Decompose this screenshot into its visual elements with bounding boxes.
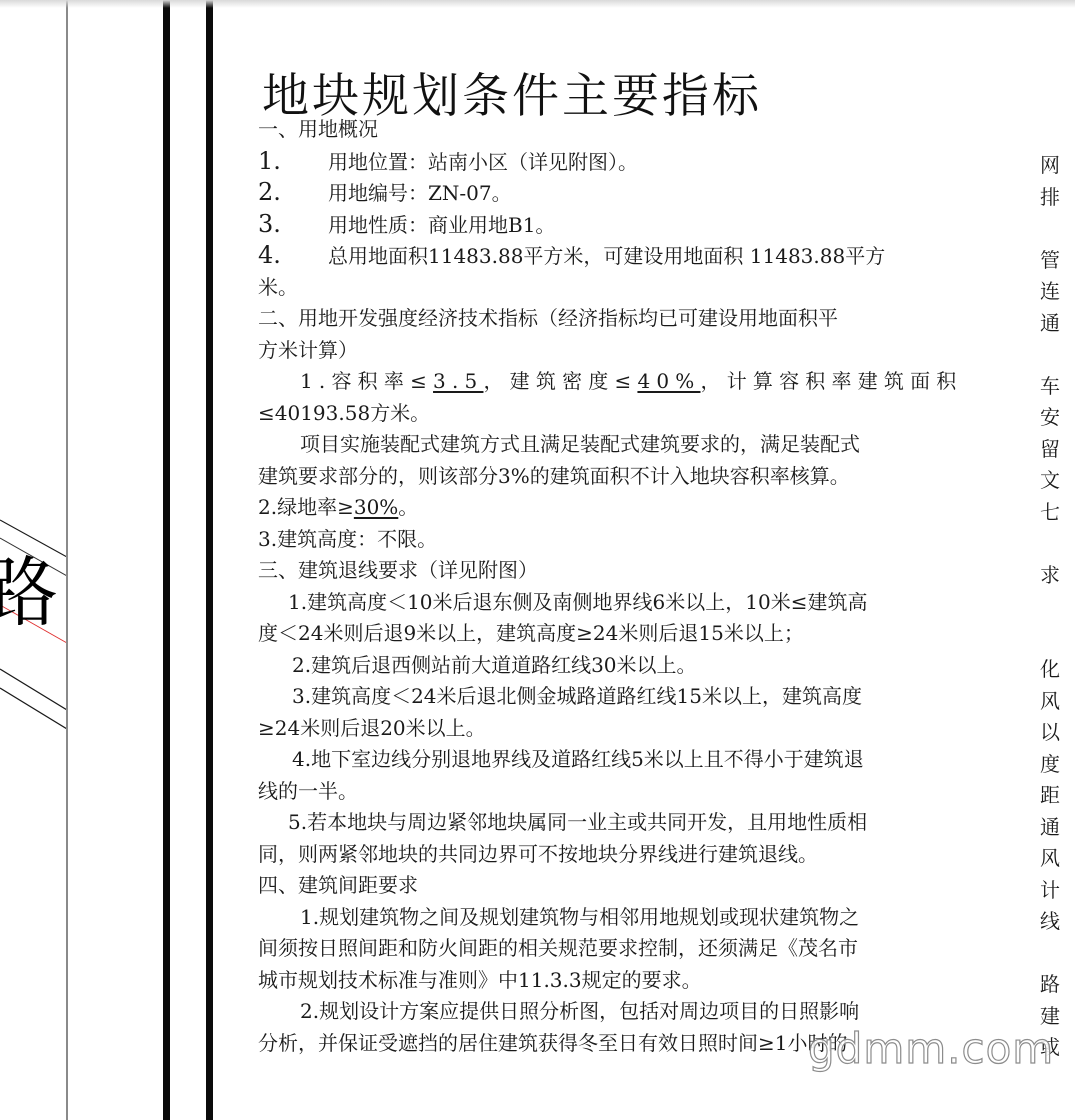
setback-item-continuation: 度＜24米则后退9米以上，建筑高度≥24米则后退15米以上；: [258, 618, 998, 650]
fragment-char: 路: [1040, 969, 1075, 1001]
fragment-char: 求: [1040, 560, 1075, 592]
adjacent-column-fragment: 网 排 管 连 通 车 安 留 文 七 求 化 风 以 度 距 通 风 计 线 …: [1040, 150, 1075, 1064]
far-value: 3.5: [433, 369, 483, 393]
fragment-char: 计: [1040, 875, 1075, 907]
fragment-char: 通: [1040, 308, 1075, 340]
border-line-inner: [206, 0, 213, 1120]
setback-item-continuation: 同，则两紧邻地块的共同边界可不按地块分界线进行建筑退线。: [258, 839, 998, 871]
green-ratio-line: 2.绿地率≥30%。: [258, 492, 998, 524]
top-edge-shadow: [0, 0, 1075, 8]
fragment-char: 线: [1040, 906, 1075, 938]
fragment-char: [1040, 938, 1075, 970]
fragment-char: 七: [1040, 497, 1075, 529]
spacing-item-continuation: 间须按日照间距和防火间距的相关规范要求控制，还须满足《茂名市: [258, 933, 998, 965]
document-body: 一、用地概况 1.用地位置：站南小区（详见附图）。 2.用地编号：ZN-07。 …: [258, 114, 998, 1059]
fragment-char: 安: [1040, 402, 1075, 434]
setback-item: 4.地下室边线分别退地界线及道路红线5米以上且不得小于建筑退: [258, 744, 998, 776]
green-ratio-value: 30%: [354, 495, 398, 519]
fragment-char: 距: [1040, 780, 1075, 812]
fragment-char: 排: [1040, 182, 1075, 214]
list-item-continuation: 米。: [258, 272, 998, 304]
fragment-char: 以: [1040, 717, 1075, 749]
section-heading-setback: 三、建筑退线要求（详见附图）: [258, 555, 998, 587]
spacing-item: 1.规划建筑物之间及规划建筑物与相邻用地规划或现状建筑物之: [258, 902, 998, 934]
road-label-fragment: 路: [0, 555, 58, 631]
far-area-limit: ≤40193.58方米。: [258, 398, 998, 430]
fragment-char: [1040, 591, 1075, 623]
fragment-char: 化: [1040, 654, 1075, 686]
spacing-item-continuation: 城市规划技术标准与准则》中11.3.3规定的要求。: [258, 965, 998, 997]
fragment-char: [1040, 623, 1075, 655]
setback-item: 3.建筑高度＜24米后退北侧金城路道路红线15米以上，建筑高度: [258, 681, 998, 713]
section-heading-spacing: 四、建筑间距要求: [258, 870, 998, 902]
section-heading-continuation: 方米计算）: [258, 335, 998, 367]
fragment-char: 留: [1040, 434, 1075, 466]
watermark: gdmm.com: [808, 1024, 1054, 1073]
fragment-char: 车: [1040, 371, 1075, 403]
prefab-note: 项目实施装配式建筑方式且满足装配式建筑要求的，满足装配式: [258, 429, 998, 461]
drawing-frame-line: [66, 0, 68, 1120]
fragment-char: 风: [1040, 843, 1075, 875]
list-item: 2.用地编号：ZN-07。: [258, 177, 998, 209]
fragment-char: 风: [1040, 686, 1075, 718]
list-item: 3.用地性质：商业用地B1。: [258, 209, 998, 241]
fragment-char: [1040, 339, 1075, 371]
fragment-char: 度: [1040, 749, 1075, 781]
setback-item-continuation: 线的一半。: [258, 776, 998, 808]
density-value: 40%: [637, 369, 700, 393]
fragment-char: 网: [1040, 150, 1075, 182]
setback-item: 1.建筑高度＜10米后退东侧及南侧地界线6米以上，10米≤建筑高: [258, 587, 998, 619]
setback-item: 5.若本地块与周边紧邻地块属同一业主或共同开发，且用地性质相: [258, 807, 998, 839]
fragment-char: [1040, 528, 1075, 560]
building-height-line: 3.建筑高度：不限。: [258, 524, 998, 556]
fragment-char: 管: [1040, 245, 1075, 277]
section-heading-land-overview: 一、用地概况: [258, 114, 998, 146]
border-line-outer: [163, 0, 170, 1120]
fragment-char: 通: [1040, 812, 1075, 844]
fragment-char: 文: [1040, 465, 1075, 497]
setback-item-continuation: ≥24米则后退20米以上。: [258, 713, 998, 745]
site-plan-drawing-fragment: 路: [0, 0, 67, 1120]
section-heading-development-intensity: 二、用地开发强度经济技术指标（经济指标均已可建设用地面积平: [258, 303, 998, 335]
fragment-char: [1040, 213, 1075, 245]
spacing-item: 2.规划设计方案应提供日照分析图，包括对周边项目的日照影响: [258, 996, 998, 1028]
fragment-char: 连: [1040, 276, 1075, 308]
prefab-note-continuation: 建筑要求部分的，则该部分3%的建筑面积不计入地块容积率核算。: [258, 461, 998, 493]
list-item: 4.总用地面积11483.88平方米，可建设用地面积 11483.88平方: [258, 240, 998, 272]
list-item: 1.用地位置：站南小区（详见附图）。: [258, 146, 998, 178]
far-density-line: 1.容积率≤3.5，建筑密度≤40%，计算容积率建筑面积: [258, 366, 998, 398]
setback-item: 2.建筑后退西侧站前大道道路红线30米以上。: [258, 650, 998, 682]
